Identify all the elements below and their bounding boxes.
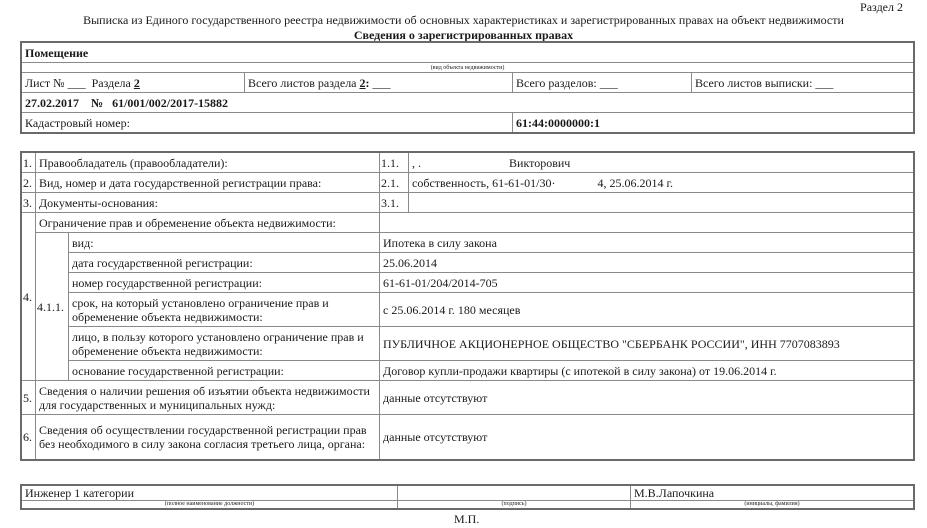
signature-caption: (подпись) <box>398 501 631 509</box>
row-subnumber: 3.1. <box>380 193 409 213</box>
row-value: собственность, 61-61-01/30· 4, 25.06.201… <box>409 173 914 193</box>
row-label: Документы-основания: <box>36 193 380 213</box>
row-number: 2. <box>22 173 36 193</box>
official-position: Инженер 1 категории <box>22 486 398 501</box>
table-row: лицо, в пользу которого установлено огра… <box>22 327 914 361</box>
encumbrance-item-label: вид: <box>69 233 380 253</box>
encumbrance-item-value: 61-61-01/204/2014-705 <box>380 273 914 293</box>
row-number: 5. <box>22 381 36 415</box>
cadastral-number: 61:44:0000000:1 <box>513 113 914 133</box>
encumbrance-item-value: Ипотека в силу закона <box>380 233 914 253</box>
encumbrance-item-value: с 25.06.2014 г. 180 месяцев <box>380 293 914 327</box>
table-row: 5. Сведения о наличии решения об изъятии… <box>22 381 914 415</box>
encumbrance-item-label: лицо, в пользу которого установлено огра… <box>69 327 380 361</box>
table-row: основание государственной регистрации: Д… <box>22 361 914 381</box>
date-number-row: 27.02.2017 № 61/001/002/2017-15882 <box>22 93 914 113</box>
total-sheets-section-cell: Всего листов раздела 2: ___ <box>245 73 513 93</box>
position-caption: (полное наименование должности) <box>22 501 398 509</box>
total-sheets-section-value: ___ <box>373 76 391 90</box>
total-sections-value: ___ <box>600 76 618 90</box>
rights-table: 1. Правообладатель (правообладатели): 1.… <box>21 152 914 460</box>
encumbrance-item-value: ПУБЛИЧНОЕ АКЦИОНЕРНОЕ ОБЩЕСТВО "СБЕРБАНК… <box>380 327 914 361</box>
table-row: 1. Правообладатель (правообладатели): 1.… <box>22 153 914 173</box>
row-number: 1. <box>22 153 36 173</box>
row-number: 6. <box>22 415 36 460</box>
signature-table: Инженер 1 категории М.В.Лапочкина (полно… <box>21 485 914 509</box>
encumbrance-item-value: 25.06.2014 <box>380 253 914 273</box>
table-row: дата государственной регистрации: 25.06.… <box>22 253 914 273</box>
number-sign: № <box>91 96 103 110</box>
encumbrance-empty-value <box>380 213 914 233</box>
total-sheets-cell: Всего листов выписки: ___ <box>692 73 914 93</box>
table-row: 6. Сведения об осуществлении государстве… <box>22 415 914 460</box>
object-type: Помещение <box>22 43 914 63</box>
total-sections-cell: Всего разделов: ___ <box>513 73 692 93</box>
stamp-place: М.П. <box>454 512 479 527</box>
row-label: Сведения об осуществлении государственно… <box>36 415 380 460</box>
row-number: 3. <box>22 193 36 213</box>
encumbrance-item-value: Договор купли-продажи квартиры (с ипотек… <box>380 361 914 381</box>
row-subnumber: 2.1. <box>380 173 409 193</box>
row-value: данные отсутствуют <box>380 381 914 415</box>
encumbrance-subnumber: 4.1.1. <box>36 233 69 381</box>
encumbrance-header-row: 4. Ограничение прав и обременение объект… <box>22 213 914 233</box>
signature-field <box>398 486 631 501</box>
table-row: 3. Документы-основания: 3.1. <box>22 193 914 213</box>
total-sections-label: Всего разделов: <box>516 76 597 90</box>
object-type-caption: (вид объекта недвижимости) <box>22 63 914 73</box>
row-label: Правообладатель (правообладатели): <box>36 153 380 173</box>
object-info-table: Помещение (вид объекта недвижимости) Лис… <box>21 42 914 133</box>
official-name: М.В.Лапочкина <box>631 486 914 501</box>
row-label: Сведения о наличии решения об изъятии об… <box>36 381 380 415</box>
cadastral-label: Кадастровый номер: <box>22 113 513 133</box>
encumbrance-item-label: основание государственной регистрации: <box>69 361 380 381</box>
section-number: 2 <box>134 76 140 90</box>
encumbrance-label: Ограничение прав и обременение объекта н… <box>36 213 380 233</box>
document-subtitle: Сведения о зарегистрированных правах <box>0 28 927 43</box>
sheet-label: Лист № <box>25 76 65 90</box>
section-word: Раздела <box>92 76 131 90</box>
row-number: 4. <box>22 213 36 381</box>
sheet-value: ___ <box>68 76 86 90</box>
row-label: Вид, номер и дата государственной регист… <box>36 173 380 193</box>
row-value: , .Викторович <box>409 153 914 173</box>
owner-name-redacted: , . <box>412 156 421 170</box>
extract-date: 27.02.2017 <box>25 96 79 110</box>
owner-patronymic: Викторович <box>509 156 570 170</box>
table-row: 4.1.1. вид: Ипотека в силу закона <box>22 233 914 253</box>
name-caption: (инициалы, фамилия) <box>631 501 914 509</box>
table-row: срок, на который установлено ограничение… <box>22 293 914 327</box>
encumbrance-item-label: срок, на который установлено ограничение… <box>69 293 380 327</box>
total-sheets-section-label: Всего листов раздела <box>248 76 357 90</box>
encumbrance-item-label: дата государственной регистрации: <box>69 253 380 273</box>
table-row: 2. Вид, номер и дата государственной рег… <box>22 173 914 193</box>
table-row: номер государственной регистрации: 61-61… <box>22 273 914 293</box>
total-sheets-value: ___ <box>815 76 833 90</box>
extract-number: 61/001/002/2017-15882 <box>112 96 228 110</box>
total-sheets-label: Всего листов выписки: <box>695 76 812 90</box>
row-value <box>409 193 914 213</box>
row-subnumber: 1.1. <box>380 153 409 173</box>
sheet-number-cell: Лист № ___ Раздела 2 <box>22 73 245 93</box>
document-title: Выписка из Единого государственного реес… <box>0 13 927 28</box>
encumbrance-item-label: номер государственной регистрации: <box>69 273 380 293</box>
row-value: данные отсутствуют <box>380 415 914 460</box>
